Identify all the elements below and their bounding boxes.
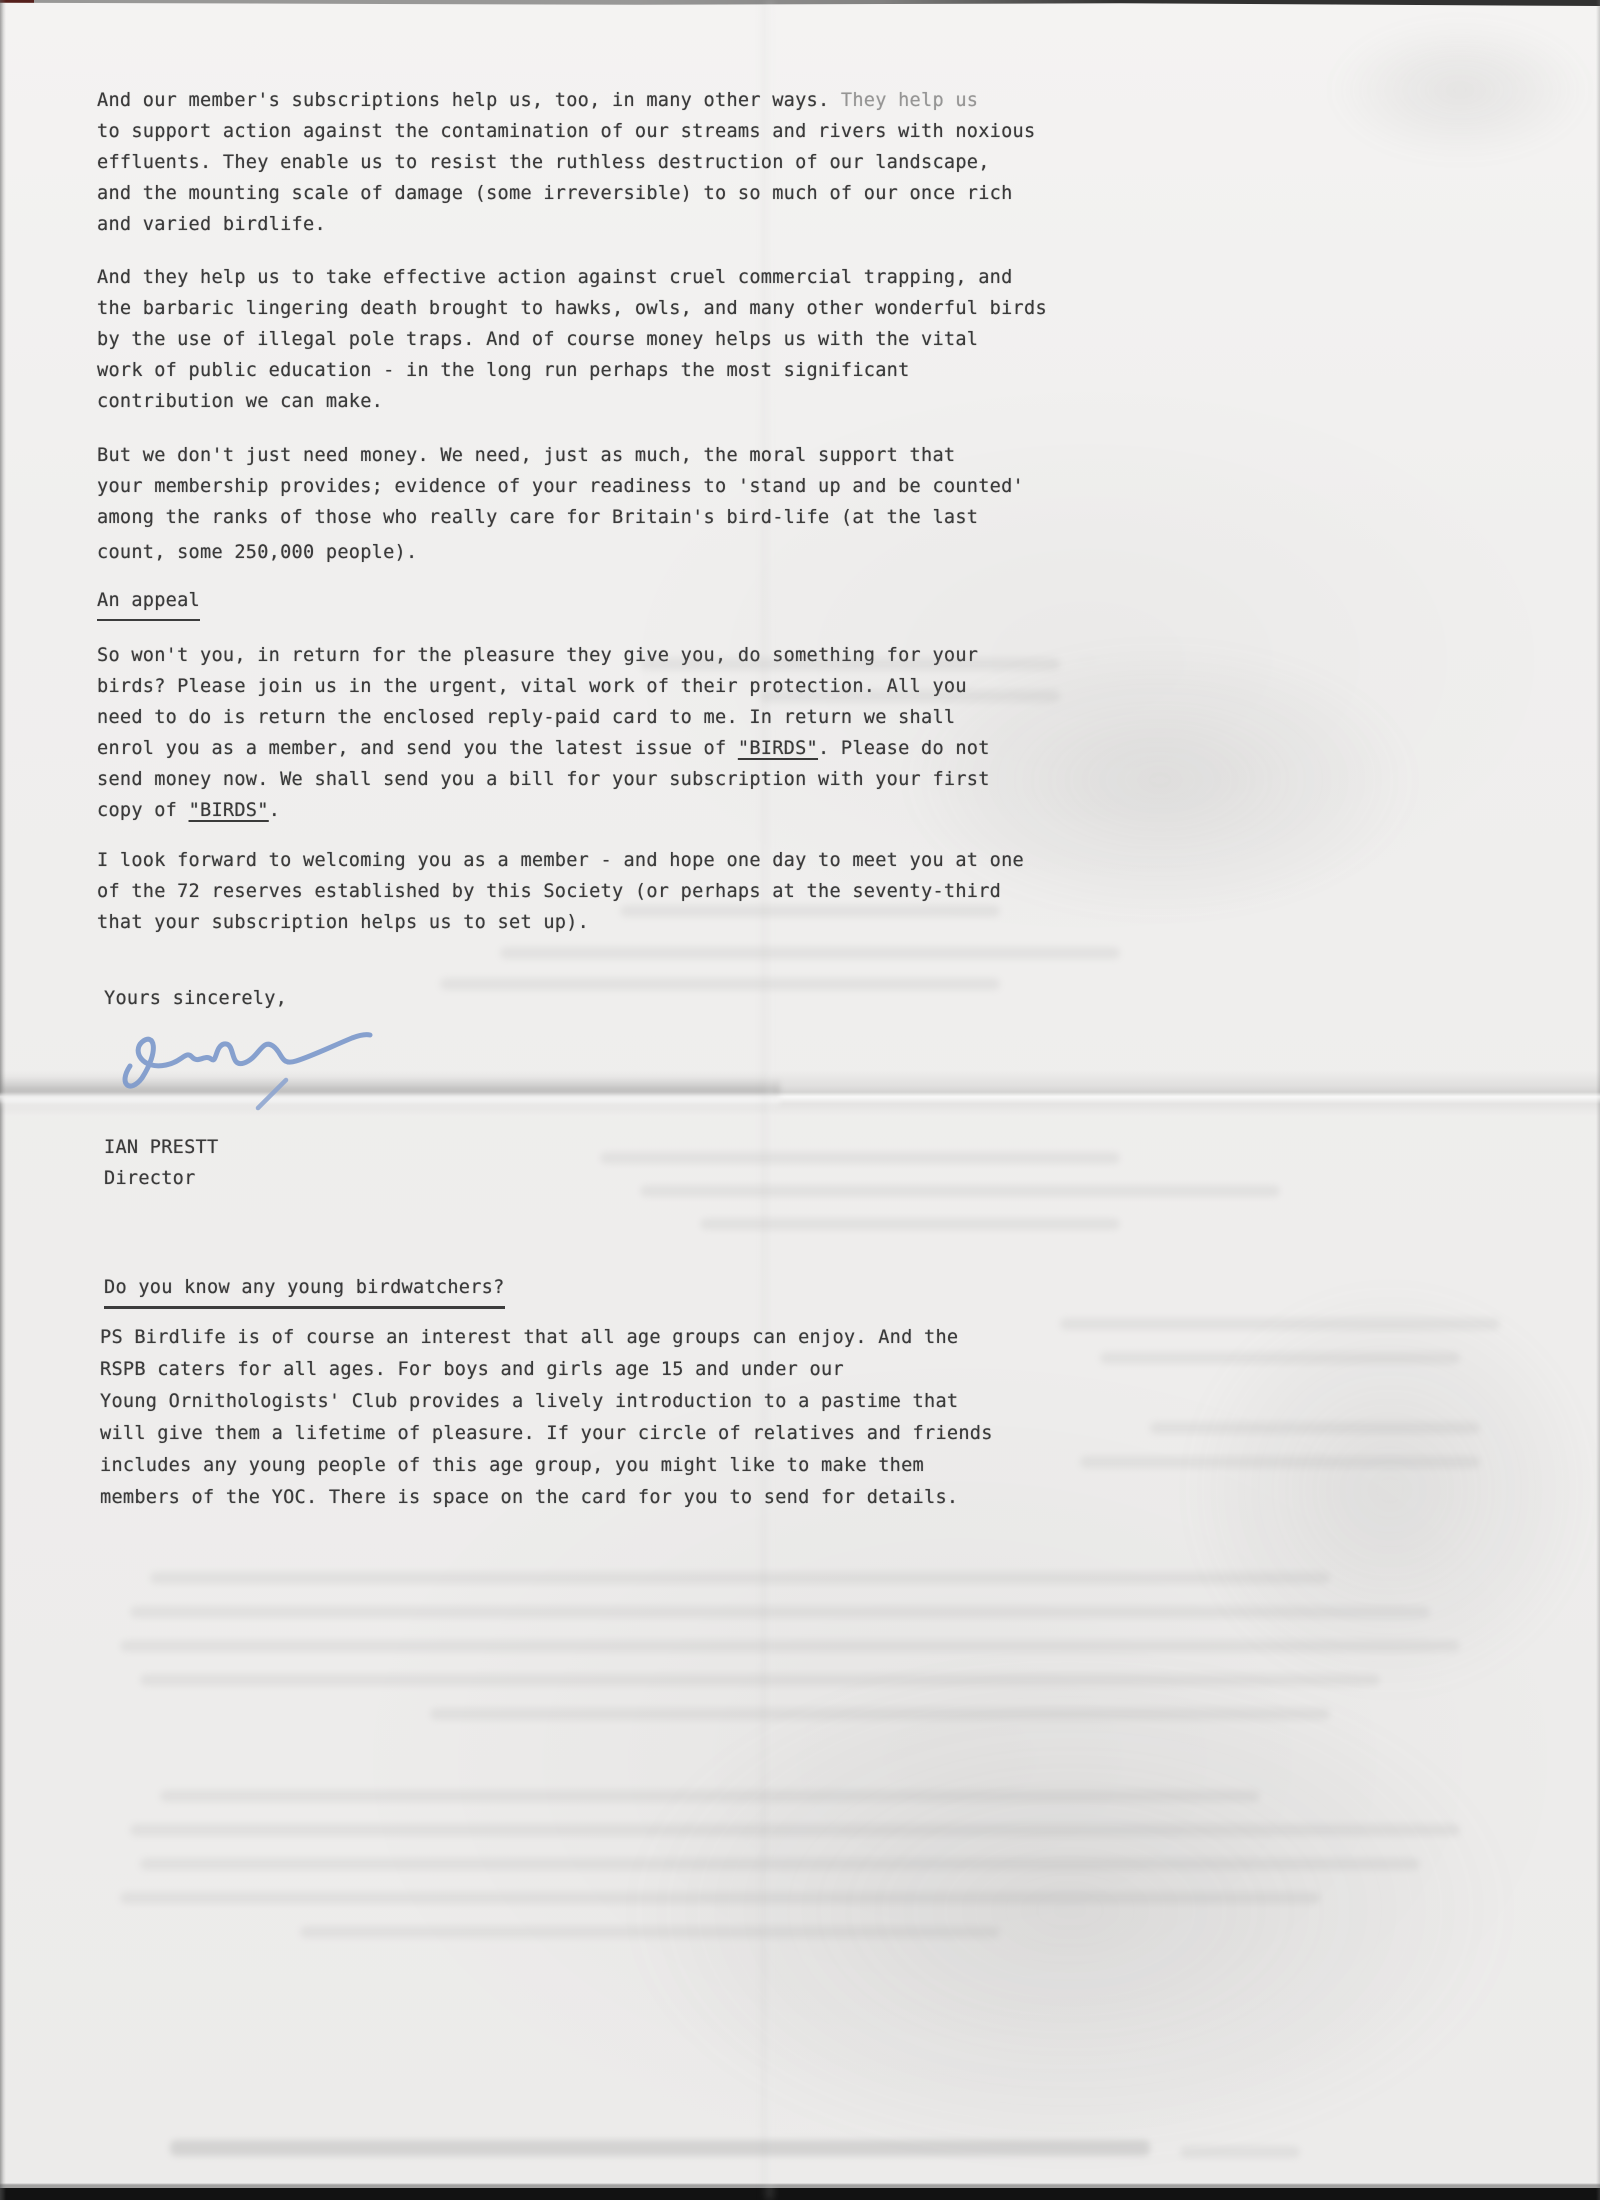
sender-title: Director (104, 1163, 196, 1194)
text-line: includes any young people of this age gr… (100, 1450, 993, 1482)
bleed-through-line (700, 1218, 1120, 1230)
bleed-through-line (1150, 1422, 1480, 1434)
bleed-through-line (140, 1858, 1420, 1870)
text-line: RSPB caters for all ages. For boys and g… (100, 1354, 993, 1386)
paragraph-1: And our member's subscriptions help us, … (97, 85, 1035, 240)
signature (108, 1008, 408, 1118)
bleed-through-line (760, 690, 1060, 702)
paper-smudge (1330, 20, 1590, 160)
text-line: by the use of illegal pole traps. And of… (97, 324, 1047, 355)
bleed-through-line (130, 1606, 1430, 1618)
text-segment: . (269, 800, 280, 821)
text-line: And they help us to take effective actio… (97, 262, 1047, 293)
text-line: will give them a lifetime of pleasure. I… (100, 1418, 993, 1450)
birds-title-underlined: "BIRDS" (189, 800, 269, 821)
ps-heading: Do you know any young birdwatchers? (104, 1272, 505, 1309)
bleed-through-line (440, 978, 1000, 990)
text-line: work of public education - in the long r… (97, 355, 1047, 386)
text-line: count, some 250,000 people). (97, 537, 1024, 568)
text-line: effluents. They enable us to resist the … (97, 147, 1035, 178)
sender-name: IAN PRESTT (104, 1132, 218, 1163)
ps-heading-text: Do you know any young birdwatchers? (104, 1272, 505, 1309)
text-line: the barbaric lingering death brought to … (97, 293, 1047, 324)
bleed-through-line (300, 1926, 1000, 1938)
scan-edge-bottom (0, 2183, 1600, 2200)
appeal-heading-text: An appeal (97, 585, 200, 621)
text-line: copy of "BIRDS". (97, 795, 990, 826)
bleed-through-line (170, 2140, 1150, 2156)
bleed-through-line (640, 658, 1060, 670)
appeal-heading: An appeal (97, 585, 200, 621)
paragraph-2: And they help us to take effective actio… (97, 262, 1047, 417)
text-line: But we don't just need money. We need, j… (97, 440, 1024, 471)
bleed-through-line (1080, 1456, 1480, 1468)
text-line: of the 72 reserves established by this S… (97, 876, 1024, 907)
text-line: members of the YOC. There is space on th… (100, 1482, 993, 1514)
text-line: among the ranks of those who really care… (97, 502, 1024, 533)
bleed-through-line (600, 1152, 1120, 1164)
text-line: and the mounting scale of damage (some i… (97, 178, 1035, 209)
text-line: contribution we can make. (97, 386, 1047, 417)
paragraph-3: But we don't just need money. We need, j… (97, 440, 1024, 568)
text-line: your membership provides; evidence of yo… (97, 471, 1024, 502)
text-segment: enrol you as a member, and send you the … (97, 738, 738, 759)
bleed-through-line (620, 905, 1000, 917)
text-segment: . Please do not (818, 738, 990, 759)
text-line: send money now. We shall send you a bill… (97, 764, 990, 795)
birds-title-underlined: "BIRDS" (738, 738, 818, 759)
text-line: need to do is return the enclosed reply-… (97, 702, 990, 733)
bleed-through-line (130, 1824, 1460, 1836)
text-line: enrol you as a member, and send you the … (97, 733, 990, 764)
text-segment: And our member's subscriptions help us, … (97, 90, 841, 111)
text-segment: copy of (97, 800, 189, 821)
ps-paragraph: PS Birdlife is of course an interest tha… (100, 1322, 993, 1514)
scan-edge-top (0, 0, 1600, 6)
bleed-through-line (1060, 1318, 1500, 1330)
bleed-through-line (640, 1185, 1280, 1197)
text-line: I look forward to welcoming you as a mem… (97, 845, 1024, 876)
paper-smudge (1180, 1280, 1600, 1700)
paper-smudge (620, 1650, 1520, 2170)
bleed-through-line (430, 1708, 1330, 1720)
bleed-through-line (1180, 2146, 1300, 2158)
text-line: And our member's subscriptions help us, … (97, 85, 1035, 116)
text-segment-faded: They help us (841, 90, 978, 111)
bleed-through-line (150, 1572, 1330, 1584)
bleed-through-line (120, 1892, 1320, 1904)
bleed-through-line (160, 1790, 1260, 1802)
text-line: and varied birdlife. (97, 209, 1035, 240)
bleed-through-line (140, 1674, 1380, 1686)
bleed-through-line (1100, 1352, 1460, 1364)
paragraph-5: I look forward to welcoming you as a mem… (97, 845, 1024, 938)
text-line: to support action against the contaminat… (97, 116, 1035, 147)
bleed-through-line (120, 1640, 1460, 1652)
text-line: PS Birdlife is of course an interest tha… (100, 1322, 993, 1354)
bleed-through-line (500, 947, 1120, 959)
text-line: Young Ornithologists' Club provides a li… (100, 1386, 993, 1418)
